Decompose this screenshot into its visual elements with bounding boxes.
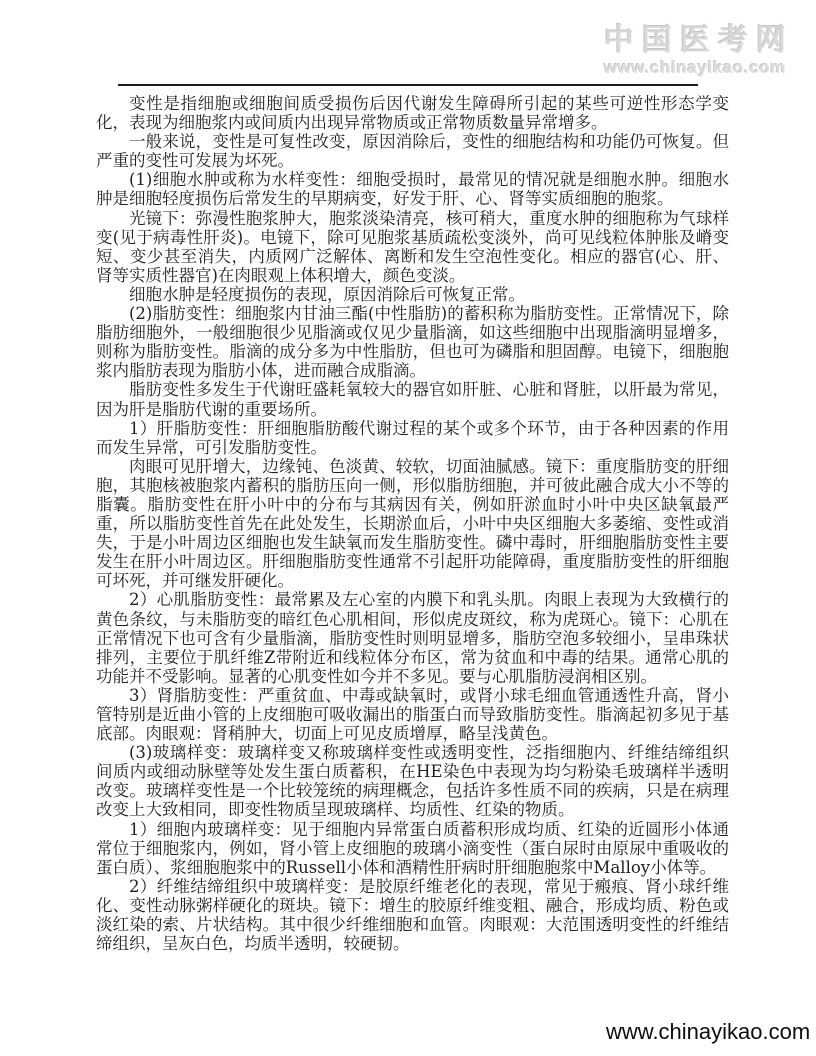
site-watermark: 中国医考网 www.chinayikao.com	[604, 26, 794, 76]
paragraph: 一般来说，变性是可复性改变，原因消除后，变性的细胞结构和功能仍可恢复。但严重的变…	[96, 132, 729, 170]
footer-url-text: www.chinayikao.com	[606, 1021, 810, 1043]
paragraph: (2)脂肪变性：细胞浆内甘油三酯(中性脂肪)的蓄积称为脂肪变性。正常情况下，除脂…	[96, 304, 729, 380]
paragraph: 2）纤维结缔组织中玻璃样变：是胶原纤维老化的表现，常见于瘢痕、肾小球纤维化、变性…	[96, 877, 729, 953]
paragraph: 2）心肌脂肪变性：最常累及左心室的内膜下和乳头肌。肉眼上表现为大致横行的黄色条纹…	[96, 590, 729, 685]
document-body: 变性是指细胞或细胞间质受损伤后因代谢发生障碍所引起的某些可逆性形态学变化，表现为…	[96, 94, 729, 953]
paragraph: (3)玻璃样变：玻璃样变又称玻璃样变性或透明变性，泛指细胞内、纤维结缔组织间质内…	[96, 743, 729, 819]
paragraph: 1）细胞内玻璃样变：见于细胞内异常蛋白质蓄积形成均质、红染的近圆形小体通常位于细…	[96, 820, 729, 877]
paragraph: 脂肪变性多发生于代谢旺盛耗氧较大的器官如肝脏、心脏和肾脏，以肝最为常见，因为肝是…	[96, 380, 729, 418]
paragraph: 肉眼可见肝增大，边缘钝、色淡黄、较软，切面油腻感。镜下：重度脂肪变的肝细胞，其胞…	[96, 457, 729, 591]
paragraph: (1)细胞水肿或称为水样变性：细胞受损时，最常见的情况就是细胞水肿。细胞水肿是细…	[96, 170, 729, 208]
document-page: 中国医考网 www.chinayikao.com 变性是指细胞或细胞间质受损伤后…	[0, 0, 816, 1056]
paragraph: 光镜下：弥漫性胞浆肿大，胞浆淡染清亮，核可稍大，重度水肿的细胞称为气球样变(见于…	[96, 209, 729, 285]
paragraph: 变性是指细胞或细胞间质受损伤后因代谢发生障碍所引起的某些可逆性形态学变化，表现为…	[96, 94, 729, 132]
watermark-brand-text: 中国医考网	[604, 26, 794, 56]
header-divider-rule	[118, 84, 698, 86]
watermark-url-text: www.chinayikao.com	[604, 59, 794, 76]
paragraph: 细胞水肿是轻度损伤的表现，原因消除后可恢复正常。	[96, 285, 729, 304]
paragraph: 1）肝脂肪变性：肝细胞脂肪酸代谢过程的某个或多个环节，由于各种因素的作用而发生异…	[96, 419, 729, 457]
paragraph: 3）肾脂肪变性：严重贫血、中毒或缺氧时，或肾小球毛细血管通透性升高，肾小管特别是…	[96, 686, 729, 743]
